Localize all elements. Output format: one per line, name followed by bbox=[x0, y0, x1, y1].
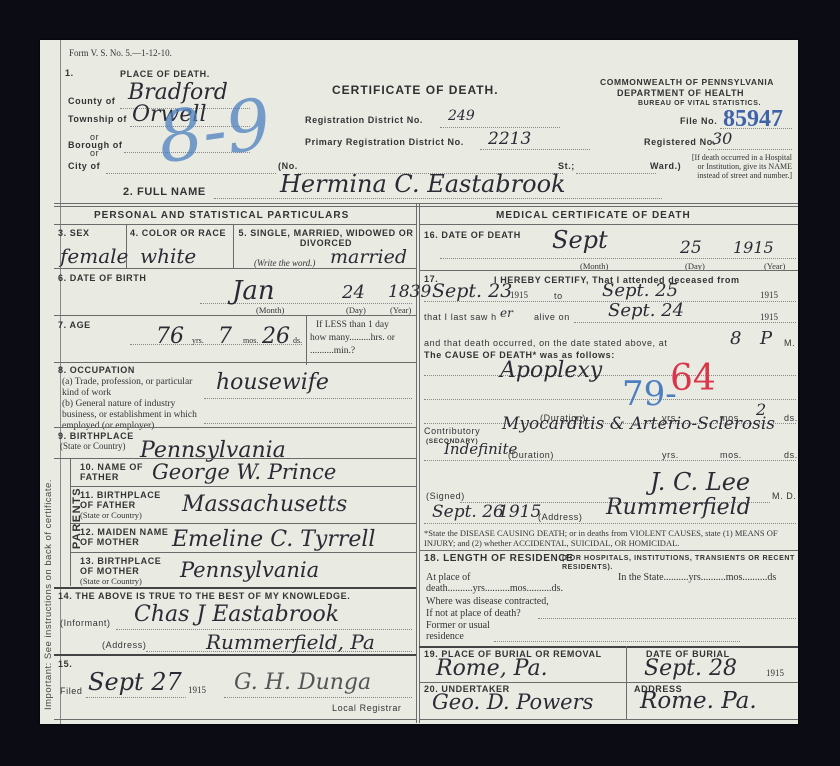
personal-heading: PERSONAL AND STATISTICAL PARTICULARS bbox=[94, 210, 349, 221]
attended-from-year: 1915 bbox=[510, 290, 528, 300]
last-saw-pronoun: er bbox=[500, 306, 513, 320]
ds-label: ds. bbox=[784, 450, 798, 460]
death-hour: 8 bbox=[730, 328, 741, 349]
burial-place-value: Rome, Pa. bbox=[436, 656, 548, 681]
occurred-text: and that death occurred, on the date sta… bbox=[424, 338, 667, 348]
residence-heading: 18. LENGTH OF RESIDENCE bbox=[424, 553, 573, 564]
yrs-label: yrs. bbox=[662, 450, 679, 460]
undertaker-address-value: Rome. Pa. bbox=[640, 688, 757, 714]
signed-date: Sept. 26 bbox=[432, 502, 504, 522]
filed-year: 1915 bbox=[188, 685, 206, 695]
death-certificate: Important: See instructions on back of c… bbox=[40, 40, 798, 724]
full-name-label: 2. FULL NAME bbox=[123, 186, 206, 198]
if-not-label: If not at place of death? bbox=[426, 608, 521, 619]
county-label: County of bbox=[68, 96, 115, 106]
last-saw-year: 1915 bbox=[760, 312, 778, 322]
attended-from: Sept. 23 bbox=[432, 280, 512, 302]
at-place-of-death: At place of death..........yrs..........… bbox=[426, 572, 606, 594]
dob-day: 24 bbox=[342, 282, 365, 303]
signed-year: 1915 bbox=[498, 502, 541, 522]
last-saw-label: that I last saw h bbox=[424, 312, 497, 322]
hospital-note: [If death occurred in a Hospital or Inst… bbox=[688, 153, 792, 180]
less-note: ..........min.? bbox=[310, 346, 355, 356]
ds-label: ds. bbox=[293, 336, 302, 345]
overwrite-annotation: 8-9 bbox=[153, 83, 276, 180]
filed-date: Sept 27 bbox=[88, 668, 182, 696]
primary-district-label: Primary Registration District No. bbox=[305, 137, 464, 147]
sex-value: female bbox=[60, 244, 128, 268]
registered-no-value: 30 bbox=[712, 129, 732, 148]
informant-heading: 14. THE ABOVE IS TRUE TO THE BEST OF MY … bbox=[58, 591, 350, 601]
marital-hint: (Write the word.) bbox=[254, 258, 315, 268]
mother-birthplace-hint: (State or Country) bbox=[80, 576, 142, 586]
margin-note: Important: See instructions on back of c… bbox=[38, 70, 58, 710]
mother-value: Emeline C. Tyrrell bbox=[172, 527, 375, 552]
age-months: 7 bbox=[218, 324, 232, 349]
father-birthplace-hint: (State or Country) bbox=[80, 510, 142, 520]
m-label: M. bbox=[784, 338, 795, 348]
disease-contracted-label: Where was disease contracted, bbox=[426, 596, 549, 607]
primary-district-value: 2213 bbox=[488, 129, 531, 149]
dob-year: 1839 bbox=[388, 282, 431, 302]
death-meridiem: P bbox=[760, 328, 772, 349]
informant-value: Chas J Eastabrook bbox=[134, 602, 339, 627]
residence-heading-note: (FOR HOSPITALS, INSTITUTIONS, TRANSIENTS… bbox=[562, 554, 796, 572]
dob-month: Jan bbox=[232, 276, 275, 306]
to-label: to bbox=[554, 291, 563, 301]
signed-label: (Signed) bbox=[426, 491, 465, 501]
burial-year: 1915 bbox=[766, 668, 784, 678]
undertaker-value: Geo. D. Powers bbox=[432, 690, 593, 714]
year-hint: (Year) bbox=[390, 305, 411, 315]
attended-to: Sept. 25 bbox=[602, 280, 678, 301]
sex-label: 3. SEX bbox=[58, 228, 90, 238]
dod-year: 1915 bbox=[733, 238, 774, 257]
age-label: 7. AGE bbox=[58, 320, 91, 330]
city-label: City of bbox=[68, 161, 100, 171]
medical-heading: MEDICAL CERTIFICATE OF DEATH bbox=[496, 210, 691, 221]
yrs-label: yrs. bbox=[192, 336, 204, 345]
dob-label: 6. DATE OF BIRTH bbox=[58, 273, 146, 283]
age-years: 76 bbox=[156, 324, 184, 349]
marital-value: married bbox=[330, 246, 407, 268]
place-of-death-heading: PLACE OF DEATH. bbox=[120, 69, 210, 79]
signed-address-label: (Address) bbox=[538, 512, 582, 522]
mos-label: mos. bbox=[243, 336, 258, 345]
occupation-value: housewife bbox=[216, 370, 329, 395]
month-hint: (Month) bbox=[256, 305, 284, 315]
contributory-duration-value: Indefinite bbox=[444, 440, 517, 458]
footnote: *State the DISEASE CAUSING DEATH; or in … bbox=[424, 529, 796, 548]
informant-address-value: Rummerfield, Pa bbox=[206, 630, 375, 654]
section-15-number: 15. bbox=[58, 659, 72, 669]
dod-label: 16. DATE OF DEATH bbox=[424, 230, 521, 240]
township-label: Township of bbox=[68, 114, 127, 124]
mother-birthplace-value: Pennsylvania bbox=[180, 558, 319, 582]
birthplace-label: 9. BIRTHPLACE bbox=[58, 431, 134, 441]
registrar-label: Local Registrar bbox=[332, 703, 402, 713]
dod-month: Sept bbox=[552, 226, 608, 254]
mos-label: mos. bbox=[720, 450, 742, 460]
mother-birthplace-label: 13. BIRTHPLACE OF MOTHER bbox=[80, 556, 170, 576]
father-value: George W. Prince bbox=[152, 460, 336, 484]
in-the-state: In the State..........yrs..........mos..… bbox=[618, 572, 794, 583]
occupation-label: 8. OCCUPATION bbox=[58, 365, 135, 375]
father-birthplace-value: Massachusetts bbox=[182, 492, 347, 517]
or-text: or bbox=[90, 148, 99, 158]
code-annotation-blue: 79- bbox=[622, 374, 677, 414]
registration-district-value: 249 bbox=[448, 108, 475, 124]
former-residence-label: Former or usual residence bbox=[426, 620, 506, 642]
ds-label: ds. bbox=[784, 413, 798, 423]
md-label: M. D. bbox=[772, 491, 797, 501]
occupation-a-hint: (a) Trade, profession, or particular kin… bbox=[62, 377, 202, 399]
registrar-signature: G. H. Dunga bbox=[234, 670, 371, 695]
registered-no-label: Registered No. bbox=[644, 137, 716, 147]
ward-label: Ward.) bbox=[650, 161, 681, 171]
father-birthplace-label: 11. BIRTHPLACE OF FATHER bbox=[80, 490, 170, 510]
less-note: If LESS than 1 day bbox=[316, 320, 389, 330]
agency-line-1: COMMONWEALTH OF PENNSYLVANIA bbox=[600, 77, 774, 87]
filed-label: Filed bbox=[60, 686, 83, 696]
file-no-label: File No. bbox=[680, 116, 717, 126]
cause-value: Apoplexy bbox=[500, 358, 602, 383]
birthplace-hint: (State or Country) bbox=[60, 441, 126, 451]
agency-line-2: DEPARTMENT OF HEALTH bbox=[617, 88, 744, 98]
alive-on-label: alive on bbox=[534, 312, 570, 322]
informant-address-label: (Address) bbox=[102, 640, 146, 650]
signed-address-value: Rummerfield bbox=[606, 495, 751, 520]
race-value: white bbox=[140, 244, 196, 268]
physician-signature: J. C. Lee bbox=[650, 468, 750, 496]
mother-label: 12. MAIDEN NAME OF MOTHER bbox=[80, 527, 170, 547]
contributory-label: Contributory bbox=[424, 426, 480, 436]
dod-day: 25 bbox=[680, 238, 702, 258]
informant-label: (Informant) bbox=[60, 618, 111, 628]
certificate-title: CERTIFICATE OF DEATH. bbox=[332, 83, 499, 97]
attended-to-year: 1915 bbox=[760, 290, 778, 300]
burial-date-value: Sept. 28 bbox=[644, 656, 737, 681]
section-1-number: 1. bbox=[65, 68, 74, 78]
race-label: 4. COLOR OR RACE bbox=[130, 228, 226, 238]
contributory-duration-label: (Duration) bbox=[508, 450, 554, 460]
full-name-value: Hermina C. Eastabrook bbox=[280, 170, 566, 198]
age-days: 26 bbox=[262, 324, 290, 349]
form-id: Form V. S. No. 5.—1-12-10. bbox=[69, 48, 172, 58]
day-hint: (Day) bbox=[346, 305, 366, 315]
marital-label: 5. SINGLE, MARRIED, WIDOWED OR DIVORCED bbox=[237, 228, 415, 248]
code-annotation-red: 64 bbox=[670, 358, 716, 399]
contributory-value: Myocarditis & Arterio-Sclerosis bbox=[502, 414, 775, 434]
last-saw-date: Sept. 24 bbox=[608, 300, 684, 321]
less-note: how many.........hrs. or bbox=[310, 333, 395, 343]
registration-district-label: Registration District No. bbox=[305, 115, 423, 125]
